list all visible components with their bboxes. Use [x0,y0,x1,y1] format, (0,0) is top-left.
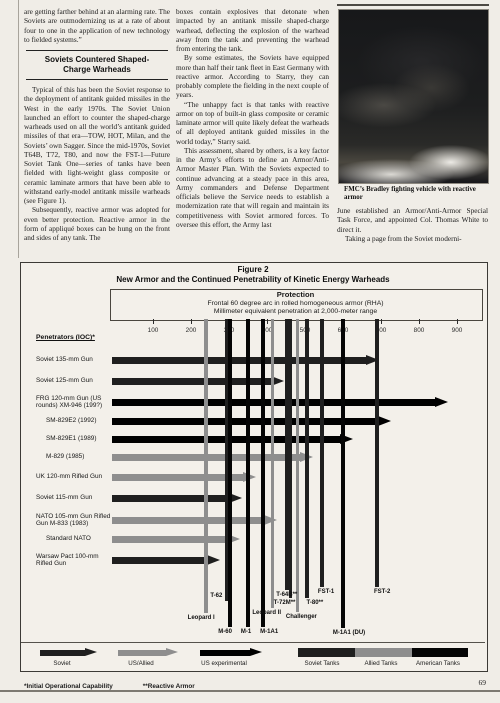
tank-label: T-62 [210,593,222,600]
tank-protection-bar [261,319,265,627]
axis-tick [267,319,268,324]
axis-tick [381,319,382,324]
penetrator-label: SM-829E2 (1992) [46,417,146,425]
penetrator-label: UK 120-mm Rifled Gun [36,473,136,481]
penetrator-arrow-tip [378,416,391,426]
penetrator-label: Soviet 135-mm Gun [36,356,136,364]
footnote-ioc: *Initial Operational Capability [24,683,113,690]
legend-tank-swatch [412,648,468,657]
tank-label: FST-2 [374,589,390,596]
tank-protection-bar [320,319,324,587]
legend-tank-label: Soviet Tanks [305,660,340,667]
legend-arrow-bar [118,650,166,656]
tank-label: Leopard II [252,610,281,617]
tank-protection-bar [204,319,208,613]
tank-label: Challenger [286,614,317,621]
penetrator-label: Soviet 115-mm Gun [36,494,136,502]
tank-label: M-1A1 (DU) [333,630,365,637]
magazine-page: are getting farther behind at an alarmin… [0,0,500,703]
legend-tank-label: American Tanks [416,660,460,667]
tank-protection-bar [341,319,345,628]
penetrator-arrow-tip [435,397,448,407]
penetrator-label: FRG 120-mm Gun (US rounds) XM-946 (199?) [36,395,136,410]
penetrator-label: Soviet 125-mm Gun [36,377,136,385]
penetrator-label: Standard NATO [46,535,146,543]
tank-label: FST-1 [318,589,334,596]
tank-protection-bar [296,319,300,612]
penetrator-arrow-tip [207,555,220,565]
legend-tank-swatch [355,648,412,657]
tank-label: T-72M** [274,600,296,607]
tank-label: M-1A1 [260,629,278,636]
tank-protection-bar [271,319,275,608]
axis-tick-label: 800 [414,327,425,334]
page-number: 69 [450,679,486,687]
axis-tick-label: 200 [186,327,197,334]
legend-tank-swatch [298,648,355,657]
penetrator-bar [112,418,378,425]
penetrator-label: Warsaw Pact 100-mm Rifled Gun [36,553,136,568]
axis-tick [457,319,458,324]
penetrator-label: SM-829E1 (1989) [46,435,146,443]
legend-arrow-tip [250,648,262,656]
tank-label: T-80** [307,600,324,607]
tank-label: Leopard I [188,615,215,622]
axis-tick [419,319,420,324]
penetrator-label: NATO 105-mm Gun Rifled Gun M-833 (1983) [36,513,136,528]
legend-arrow-label: Soviet [53,660,70,667]
tank-label: M-60 [218,629,232,636]
legend-tank-label: Allied Tanks [365,660,398,667]
legend-arrow-bar [200,650,250,656]
legend-arrow-tip [85,648,97,656]
penetrator-bar [112,357,366,364]
legend-arrow-label: US experimental [201,660,247,667]
footnote-reactive-armor: **Reactive Armor [143,683,195,690]
tank-label: M-1 [241,629,251,636]
page-bottom-rule [0,690,500,692]
penetrator-label: M-829 (1985) [46,453,146,461]
axis-tick [153,319,154,324]
legend-arrow-label: US/Allied [128,660,153,667]
tank-protection-bar [305,319,309,598]
tank-protection-bar [228,319,232,627]
legend-arrow-tip [166,648,178,656]
tank-protection-bar [375,319,379,587]
tank-protection-bar [246,319,250,627]
figure-2-chart: 100200300400500600700800900Soviet 135-mm… [0,0,500,703]
axis-tick-label: 900 [452,327,463,334]
tank-protection-bar [289,319,293,598]
axis-tick-label: 100 [148,327,159,334]
legend-arrow-bar [40,650,85,656]
legend-separator-rule [21,642,485,643]
axis-tick [191,319,192,324]
tank-label: T-64B** [276,592,297,599]
